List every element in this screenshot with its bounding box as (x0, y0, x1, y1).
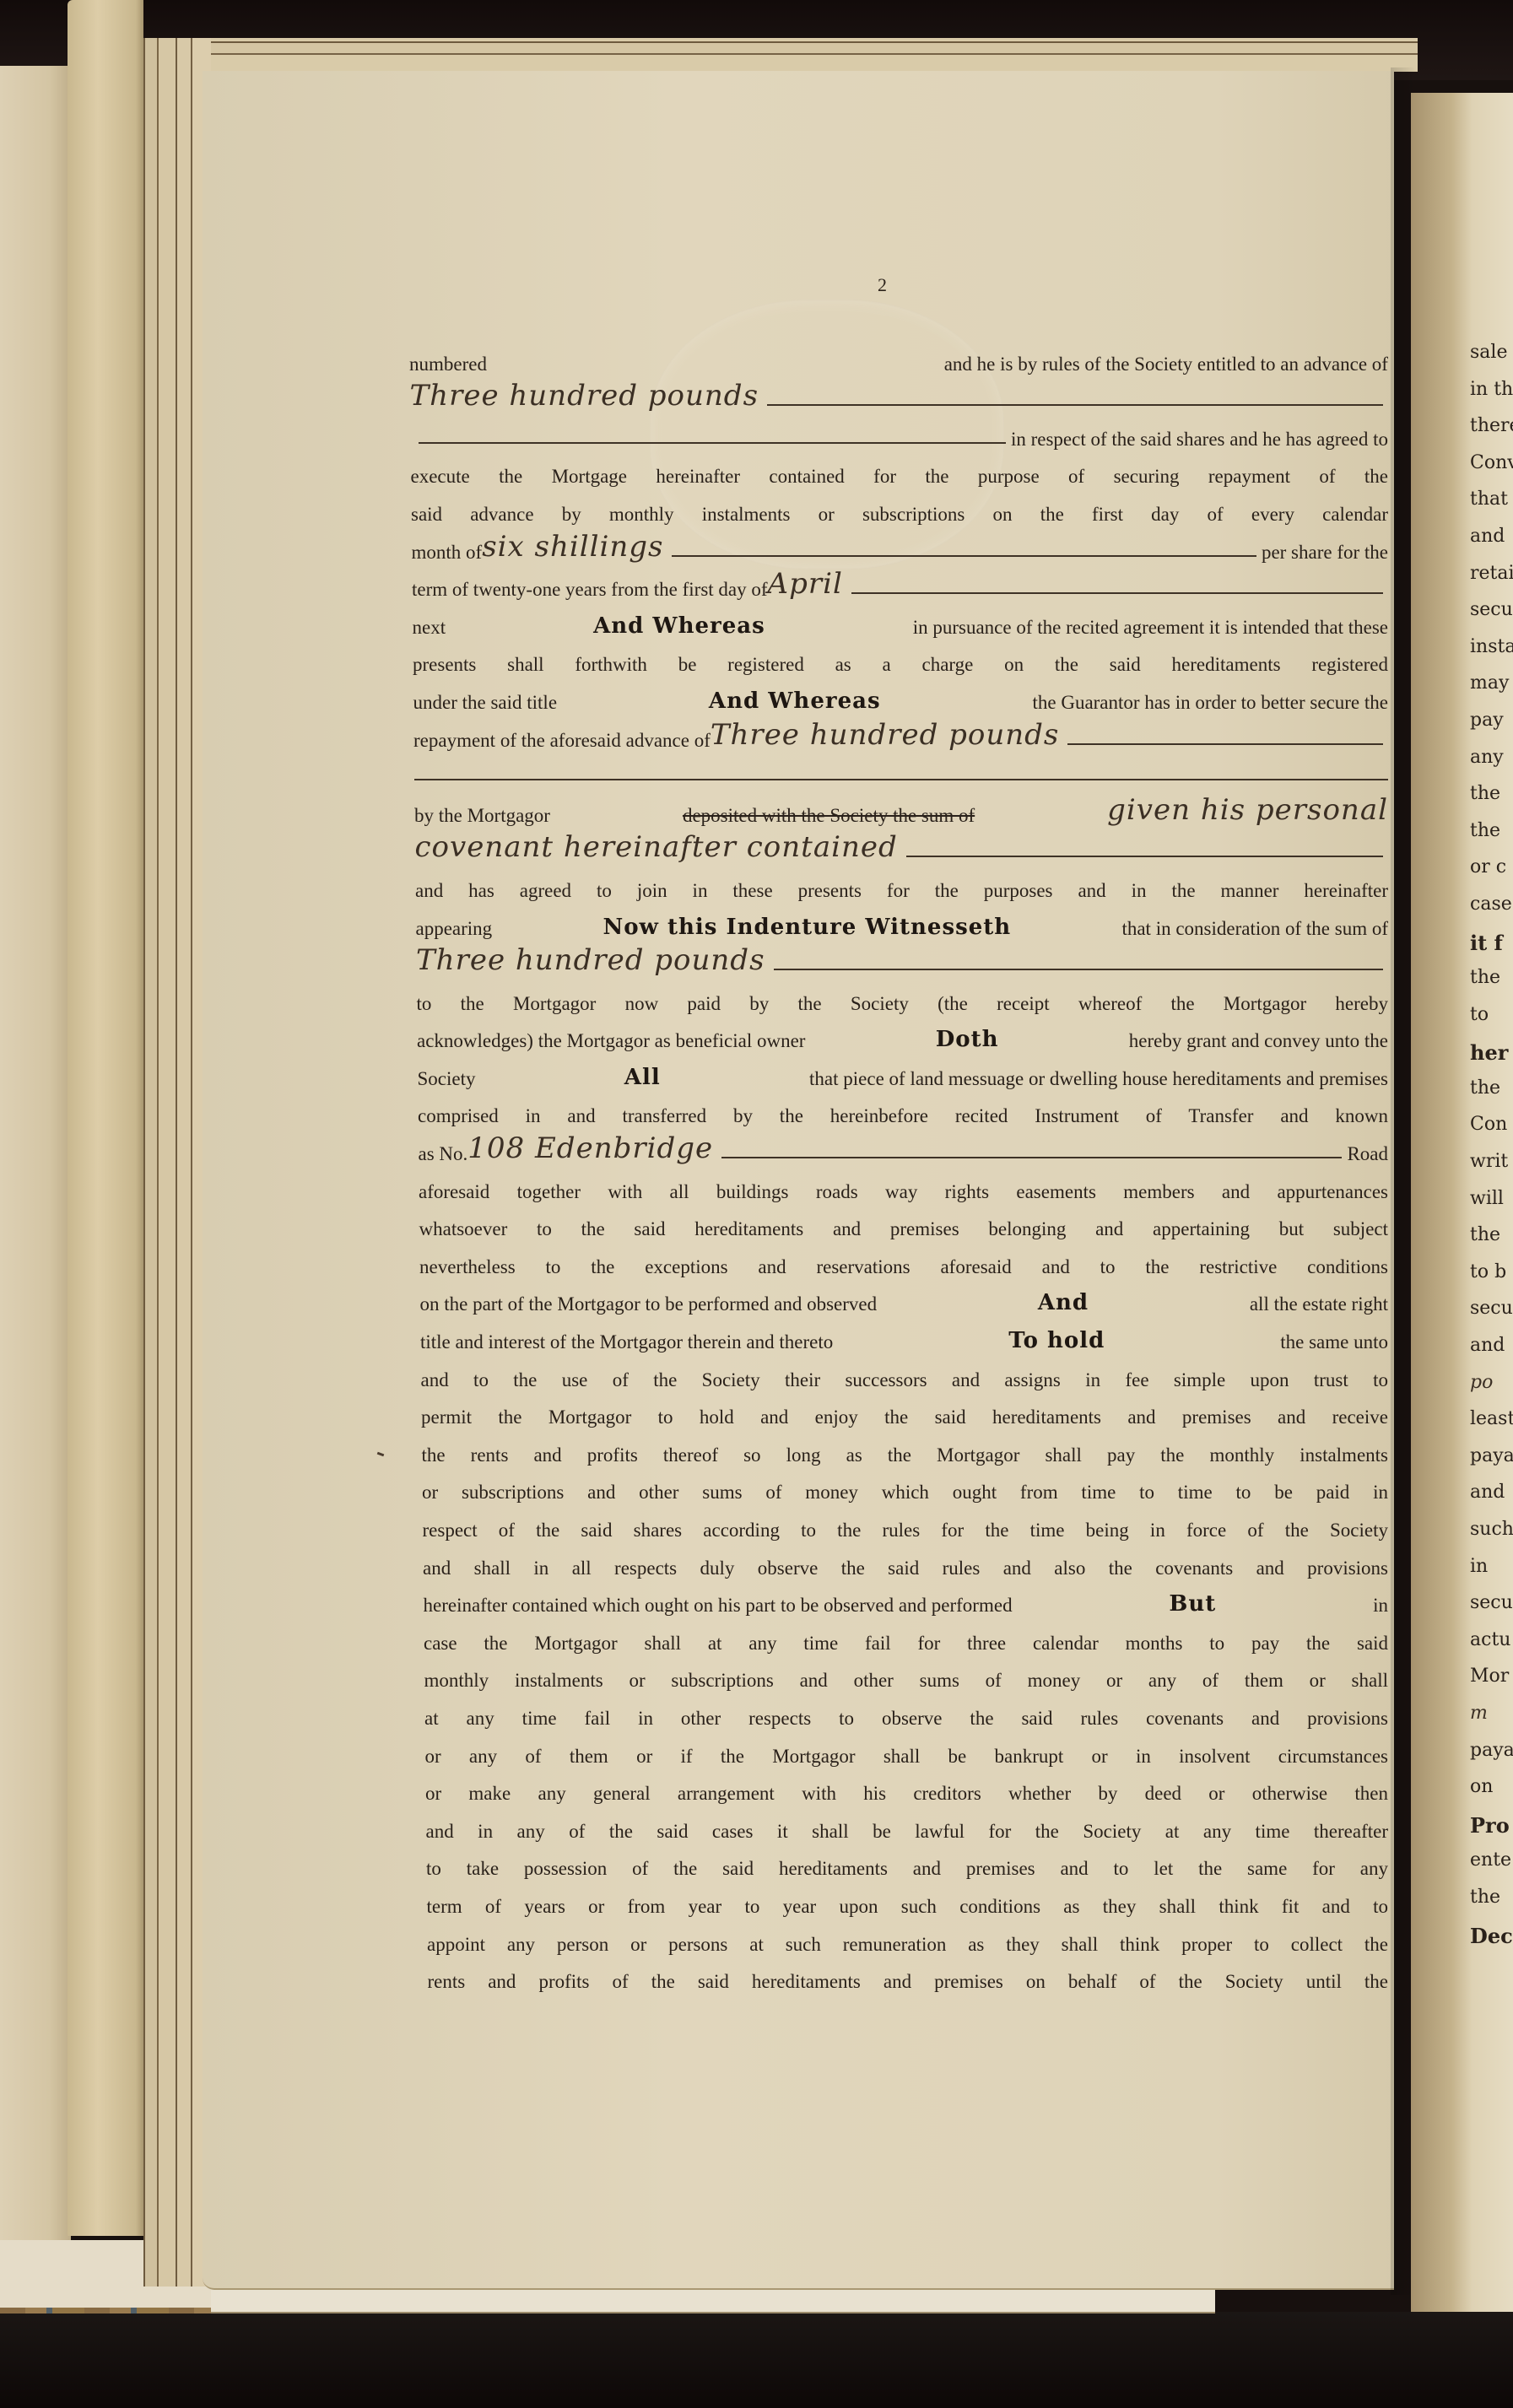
deed-line: nextAnd Whereasin pursuance of the recit… (413, 601, 1389, 639)
deed-line: comprised in and transferred by the here… (418, 1090, 1388, 1128)
printed-text: term of years or from year to year upon … (427, 1896, 1389, 1918)
blackletter-heading-word: But (1169, 1591, 1216, 1617)
fill-in-blank-line (414, 779, 1389, 780)
printed-text: respect of the said shares according to … (423, 1520, 1389, 1541)
deed-line: execute the Mortgage hereinafter contain… (411, 451, 1389, 489)
deed-line (414, 752, 1389, 790)
deed-line: month ofsix shillingsper share for the (412, 526, 1389, 564)
deed-line: covenant hereinafter contained (415, 827, 1389, 865)
deed-line: term of twenty-one years from the first … (412, 564, 1388, 602)
blackletter-heading-word: And (1038, 1290, 1089, 1315)
adjacent-page-word: any (1470, 747, 1513, 784)
fill-in-blank-line (767, 404, 1383, 406)
handwritten-entry: Three hundred pounds (416, 943, 765, 977)
deed-line: at any time fail in other respects to ob… (424, 1692, 1388, 1730)
deed-line: under the said titleAnd Whereasthe Guara… (413, 676, 1389, 714)
adjacent-page-word: writ (1470, 1151, 1513, 1188)
printed-text: and has agreed to join in these presents… (415, 880, 1388, 902)
deed-line: respect of the said shares according to … (423, 1504, 1389, 1541)
printed-text: presents shall forthwith be registered a… (413, 654, 1388, 676)
deed-line: and has agreed to join in these presents… (415, 864, 1388, 902)
blackletter-heading-word: And Whereas (709, 688, 881, 714)
printed-text: numbered (409, 354, 487, 375)
adjacent-page-word: Conv (1470, 452, 1513, 489)
printed-text: said advance by monthly instalments or s… (411, 504, 1388, 526)
blackletter-heading-word: To hold (1008, 1328, 1105, 1353)
deed-line: and in any of the said cases it shall be… (426, 1805, 1389, 1843)
adjacent-page-word: m (1470, 1703, 1513, 1740)
printed-text: in (1373, 1595, 1388, 1617)
deed-line: the rents and profits thereof so long as… (422, 1428, 1389, 1466)
adjacent-page-word: paya (1470, 1740, 1513, 1777)
deed-line: as No.108 EdenbridgeRoad (419, 1127, 1389, 1165)
deed-line: whatsoever to the said hereditaments and… (419, 1203, 1389, 1241)
printed-text: and he is by rules of the Society entitl… (944, 354, 1388, 375)
printed-text: or subscriptions and other sums of money… (422, 1482, 1388, 1504)
printed-text: hereby grant and convey unto the (1129, 1030, 1388, 1052)
deed-line: in respect of the said shares and he has… (410, 413, 1388, 451)
printed-text: monthly instalments or subscriptions and… (424, 1670, 1389, 1692)
fill-in-blank-line (1067, 743, 1383, 745)
printed-text: or any of them or if the Mortgagor shall… (425, 1746, 1389, 1768)
adjacent-page-word: such (1470, 1519, 1513, 1556)
adjacent-page-text: salein ththereConvthatandretaisecurinsta… (1470, 342, 1513, 1960)
adjacent-page-word: Dec (1470, 1924, 1513, 1961)
fill-in-blank-line (419, 442, 1006, 444)
printed-text: under the said title (413, 692, 558, 714)
printed-text: appoint any person or persons at such re… (427, 1934, 1388, 1956)
adjacent-page-word: and (1470, 1335, 1513, 1372)
fill-in-blank-line (721, 1157, 1342, 1158)
printed-text: and shall in all respects duly observe t… (423, 1558, 1388, 1579)
printed-text: the Guarantor has in order to better sec… (1032, 692, 1388, 714)
adjacent-page-word: the (1470, 820, 1513, 857)
printed-text: the rents and profits thereof so long as… (422, 1444, 1389, 1466)
fill-in-blank-line (851, 592, 1383, 594)
printed-text: as No. (419, 1143, 468, 1165)
adjacent-page-word: to (1470, 1004, 1513, 1041)
printed-text: nevertheless to the exceptions and reser… (419, 1256, 1388, 1278)
adjacent-page-word: Con (1470, 1114, 1513, 1151)
previous-page-strip (0, 66, 71, 2260)
deed-line: permit the Mortgagor to hold and enjoy t… (421, 1391, 1388, 1429)
printed-text: and to the use of the Society their succ… (421, 1369, 1389, 1391)
adjacent-page-word: the (1470, 1887, 1513, 1924)
deed-line: numberedand he is by rules of the Societ… (409, 337, 1388, 375)
printed-text: or make any general arrangement with his… (425, 1783, 1388, 1805)
adjacent-page-word: least (1470, 1408, 1513, 1445)
fill-in-blank-line (774, 969, 1383, 970)
deed-line: rents and profits of the said hereditame… (428, 1956, 1389, 1994)
handwritten-entry: Three hundred pounds (711, 718, 1060, 752)
blackletter-heading-word: Now this Indenture Witnesseth (602, 915, 1011, 940)
deed-line: or any of them or if the Mortgagor shall… (425, 1730, 1389, 1768)
handwritten-entry: six shillings (482, 530, 663, 564)
deed-line: case the Mortgagor shall at any time fai… (424, 1617, 1388, 1655)
handwritten-entry: Three hundred pounds (410, 379, 759, 413)
deed-line: presents shall forthwith be registered a… (413, 639, 1388, 677)
adjacent-page-word: sale (1470, 342, 1513, 379)
deed-line: and to the use of the Society their succ… (421, 1353, 1389, 1391)
printed-text: repayment of the aforesaid advance of (413, 730, 711, 752)
printed-text: that in consideration of the sum of (1121, 918, 1388, 940)
blackletter-heading-word: Doth (936, 1027, 999, 1052)
printed-text: hereinafter contained which ought on his… (424, 1595, 1013, 1617)
book-cloth-bottom (0, 2312, 1513, 2408)
adjacent-page-word: po (1470, 1372, 1513, 1409)
adjacent-page-word: ente (1470, 1849, 1513, 1887)
fill-in-blank-line (906, 856, 1383, 857)
blackletter-heading-word: And Whereas (593, 613, 765, 639)
printed-text: execute the Mortgage hereinafter contain… (411, 466, 1389, 488)
handwritten-entry: given his personal (1107, 793, 1388, 827)
deed-line: term of years or from year to year upon … (427, 1880, 1389, 1918)
page-stack-top-edges (143, 38, 1418, 72)
printed-text: term of twenty-one years from the first … (412, 579, 768, 601)
printed-text: to take possession of the said hereditam… (426, 1858, 1388, 1880)
deed-line: to the Mortgagor now paid by the Society… (417, 977, 1389, 1015)
deed-line: Three hundred pounds (410, 375, 1389, 413)
deed-line: aforesaid together with all buildings ro… (419, 1165, 1388, 1203)
deed-line: appearingNow this Indenture Witnessethth… (416, 902, 1389, 940)
deed-line: said advance by monthly instalments or s… (411, 488, 1388, 526)
adjacent-page-word: may (1470, 672, 1513, 710)
printed-text: on the part of the Mortgagor to be perfo… (420, 1293, 878, 1315)
printed-text: in respect of the said shares and he has… (1011, 429, 1388, 451)
deed-line: Three hundred pounds (416, 940, 1388, 978)
page-stack-left-edges (135, 38, 211, 2287)
adjacent-page-word: there (1470, 415, 1513, 452)
adjacent-page-word: pay (1470, 710, 1513, 747)
adjacent-page-word: in th (1470, 379, 1513, 416)
adjacent-page-word: will (1470, 1188, 1513, 1225)
deed-line: repayment of the aforesaid advance ofThr… (413, 714, 1388, 752)
adjacent-page-word: the (1470, 967, 1513, 1004)
adjacent-page-word: Mor (1470, 1666, 1513, 1703)
deed-line: title and interest of the Mortgagor ther… (420, 1315, 1388, 1353)
printed-text: case the Mortgagor shall at any time fai… (424, 1633, 1388, 1655)
deed-line: appoint any person or persons at such re… (427, 1918, 1388, 1956)
deed-line: to take possession of the said hereditam… (426, 1843, 1388, 1881)
printed-text: and in any of the said cases it shall be… (426, 1821, 1389, 1843)
adjacent-page-word: and (1470, 526, 1513, 563)
adjacent-page-word: insta (1470, 636, 1513, 673)
adjacent-page-word: the (1470, 1224, 1513, 1261)
adjacent-page-word: it f (1470, 931, 1513, 968)
printed-text: appearing (416, 918, 493, 940)
adjacent-page-word: actu (1470, 1629, 1513, 1666)
printed-text: the same unto (1280, 1331, 1388, 1353)
adjacent-page-word: the (1470, 783, 1513, 820)
printed-text: Society (418, 1068, 476, 1090)
deed-line: or subscriptions and other sums of money… (422, 1466, 1388, 1504)
handwritten-entry: 108 Edenbridge (467, 1131, 713, 1165)
adjacent-page-word: and (1470, 1482, 1513, 1519)
deed-line: nevertheless to the exceptions and reser… (419, 1240, 1388, 1278)
printed-text: acknowledges) the Mortgagor as beneficia… (417, 1030, 805, 1052)
printed-text: by the Mortgagor (414, 805, 550, 827)
printed-text: title and interest of the Mortgagor ther… (420, 1331, 833, 1353)
printed-text: next (413, 617, 446, 639)
printed-text: that piece of land messuage or dwelling … (809, 1068, 1388, 1090)
deed-line: acknowledges) the Mortgagor as beneficia… (417, 1015, 1388, 1053)
adjacent-page-word: secur (1470, 599, 1513, 636)
adjacent-page-word: paya (1470, 1445, 1513, 1482)
printed-text: all the estate right (1250, 1293, 1388, 1315)
struck-out-text: deposited with the Society the sum of (683, 805, 975, 827)
adjacent-page-word: her (1470, 1040, 1513, 1077)
deed-line: SocietyAllthat piece of land messuage or… (418, 1052, 1389, 1090)
folded-page-edge (68, 0, 143, 2236)
printed-text: permit the Mortgagor to hold and enjoy t… (421, 1406, 1388, 1428)
adjacent-page-word: secu (1470, 1298, 1513, 1335)
adjacent-page-word: to b (1470, 1261, 1513, 1298)
adjacent-page-word: Pro (1470, 1813, 1513, 1850)
printed-text: month of (412, 542, 483, 564)
fill-in-blank-line (672, 555, 1256, 557)
deed-line: by the Mortgagordeposited with the Socie… (414, 789, 1388, 827)
adjacent-page-word: on (1470, 1776, 1513, 1813)
page-number: 2 (878, 274, 887, 296)
printed-text: comprised in and transferred by the here… (418, 1105, 1388, 1127)
deed-line: and shall in all respects duly observe t… (423, 1541, 1388, 1579)
printed-text: aforesaid together with all buildings ro… (419, 1181, 1388, 1203)
deed-line: monthly instalments or subscriptions and… (424, 1655, 1389, 1693)
printed-text: in pursuance of the recited agreement it… (913, 617, 1388, 639)
printed-text: per share for the (1262, 542, 1388, 564)
deed-text-body: numberedand he is by rules of the Societ… (409, 337, 1388, 1993)
handwritten-entry: April (768, 567, 843, 601)
adjacent-page-word: or c (1470, 856, 1513, 894)
deed-line: hereinafter contained which ought on his… (424, 1579, 1389, 1617)
adjacent-page-word: in (1470, 1556, 1513, 1593)
printed-text: whatsoever to the said hereditaments and… (419, 1218, 1389, 1240)
adjacent-page-word: that (1470, 489, 1513, 526)
adjacent-page-word: retai (1470, 563, 1513, 600)
printed-text: at any time fail in other respects to ob… (424, 1708, 1388, 1730)
blackletter-heading-word: All (624, 1065, 661, 1090)
printed-text: to the Mortgagor now paid by the Society… (417, 993, 1389, 1015)
handwritten-entry: covenant hereinafter contained (415, 830, 898, 864)
adjacent-page-word: secu (1470, 1592, 1513, 1629)
printed-text: Road (1347, 1143, 1388, 1165)
adjacent-page-word: the (1470, 1077, 1513, 1115)
deed-line: or make any general arrangement with his… (425, 1768, 1388, 1806)
deed-line: on the part of the Mortgagor to be perfo… (420, 1278, 1389, 1316)
printed-text: rents and profits of the said hereditame… (428, 1971, 1389, 1993)
adjacent-page-word: case (1470, 894, 1513, 931)
